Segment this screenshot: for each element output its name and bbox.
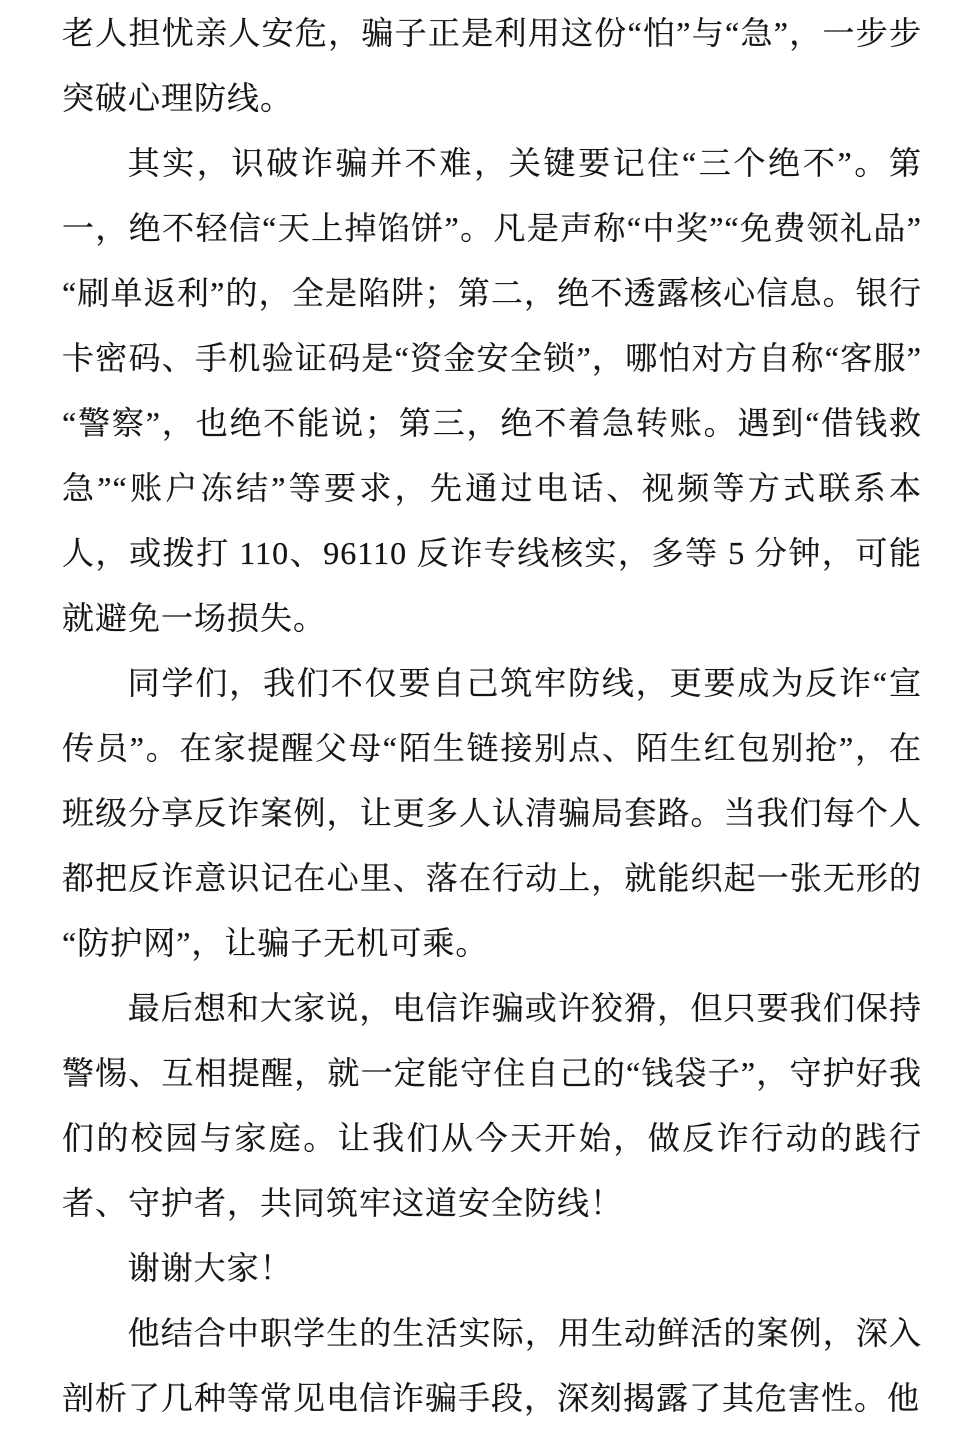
document-body-text: 老人担忧亲人安危，骗子正是利用这份“怕”与“急”，一步步突破心理防线。 其实，识… xyxy=(62,1,922,1431)
document-page: 老人担忧亲人安危，骗子正是利用这份“怕”与“急”，一步步突破心理防线。 其实，识… xyxy=(0,0,980,1433)
paragraph-continuation: 老人担忧亲人安危，骗子正是利用这份“怕”与“急”，一步步突破心理防线。 xyxy=(62,1,922,131)
paragraph-propagandist: 同学们，我们不仅要自己筑牢防线，更要成为反诈“宣传员”。在家提醒父母“陌生链接别… xyxy=(62,651,922,976)
paragraph-thanks: 谢谢大家！ xyxy=(62,1236,922,1301)
paragraph-three-nevers: 其实，识破诈骗并不难，关键要记住“三个绝不”。第一，绝不轻信“天上掉馅饼”。凡是… xyxy=(62,131,922,651)
paragraph-commentary: 他结合中职学生的生活实际，用生动鲜活的案例，深入剖析了几种等常见电信诈骗手段，深… xyxy=(62,1301,922,1431)
paragraph-closing-appeal: 最后想和大家说，电信诈骗或许狡猾，但只要我们保持警惕、互相提醒，就一定能守住自己… xyxy=(62,976,922,1236)
